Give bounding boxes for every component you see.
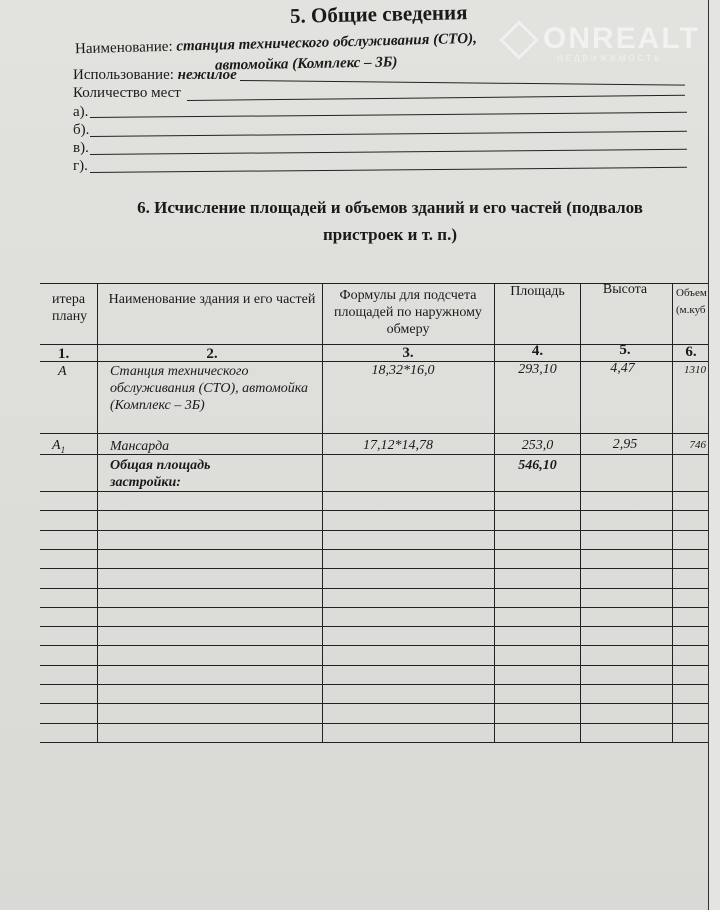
table-row-line	[40, 645, 708, 646]
section5-title: 5. Общие сведения	[290, 0, 468, 29]
table-row-line	[40, 549, 708, 550]
table-row-line	[40, 665, 708, 666]
section6-title-line2: пристроек и т. п.)	[100, 221, 680, 248]
document-page: ONREALT НЕДВИЖИМОСТЬ 5. Общие сведения Н…	[0, 0, 708, 910]
item-g-label: г).	[73, 158, 88, 175]
table-column-line	[494, 283, 495, 742]
row2-name: Мансарда	[110, 438, 169, 455]
item-a-label: а).	[73, 104, 88, 121]
item-b-label: б).	[73, 122, 89, 139]
item-v-underline	[90, 149, 687, 155]
header-litera: итера плану	[52, 291, 107, 325]
places-label: Количество мест	[73, 85, 181, 102]
row1-litera: А	[58, 363, 67, 380]
name-value-line2: автомойка (Комплекс – 3Б)	[215, 54, 398, 74]
row2-formula: 17,12*14,78	[323, 437, 473, 454]
colnum-3: 3.	[323, 345, 493, 362]
row1-volume: 1310	[676, 362, 706, 379]
row1-formula: 18,32*16,0	[323, 362, 483, 379]
house-logo-icon	[499, 20, 539, 60]
table-row-line	[40, 626, 708, 627]
item-b-underline	[90, 131, 687, 137]
table-row-line	[40, 433, 708, 434]
table-row-line	[40, 530, 708, 531]
row2-volume: 746	[676, 437, 706, 454]
total-area: 546,10	[495, 457, 580, 474]
colnum-4: 4.	[495, 343, 580, 360]
colnum-6: 6.	[676, 344, 706, 361]
total-label: Общая площадь застройки:	[110, 457, 250, 491]
name-value-line1: станция технического обслуживания (СТО),	[176, 31, 477, 55]
row1-area: 293,10	[495, 361, 580, 378]
usage-field: Использование: нежилое	[73, 67, 237, 84]
row2-height: 2,95	[580, 436, 670, 453]
watermark-brand: ONREALT	[543, 22, 700, 55]
table-row-line	[40, 510, 708, 511]
places-underline	[187, 95, 685, 101]
table-row-line	[40, 588, 708, 589]
item-g-underline	[90, 167, 687, 173]
table-row-line	[40, 491, 708, 492]
item-v-label: в).	[73, 140, 89, 157]
table-row-line	[40, 344, 708, 345]
usage-label: Использование:	[73, 67, 174, 83]
section6-title: 6. Исчисление площадей и объемов зданий …	[100, 194, 680, 248]
table-row-line	[40, 361, 708, 362]
table-row-line	[40, 454, 708, 455]
table-row-line	[40, 283, 708, 284]
row1-height: 4,47	[580, 360, 665, 377]
item-a-underline	[90, 112, 687, 118]
adjacent-page-edge	[708, 0, 720, 910]
section6-title-line1: 6. Исчисление площадей и объемов зданий …	[100, 194, 680, 221]
name-label: Наименование:	[75, 39, 173, 58]
name-field: Наименование: станция технического обслу…	[75, 31, 477, 59]
table-column-line	[97, 283, 98, 742]
table-column-line	[580, 283, 581, 742]
header-formula: Формулы для подсчета площадей по наружно…	[323, 287, 493, 338]
table-row-line	[40, 703, 708, 704]
table-column-line	[672, 283, 673, 742]
header-volume: Объем (м.куб	[676, 285, 710, 319]
watermark-subtitle: НЕДВИЖИМОСТЬ	[557, 54, 700, 63]
row1-name: Станция технического обслуживания (СТО),…	[110, 363, 310, 414]
row2-area: 253,0	[495, 437, 580, 454]
table-row-line	[40, 684, 708, 685]
table-column-line	[322, 283, 323, 742]
usage-value: нежилое	[178, 67, 237, 83]
table-row-line	[40, 723, 708, 724]
watermark: ONREALT НЕДВИЖИМОСТЬ	[505, 22, 700, 63]
table-row-line	[40, 568, 708, 569]
table-row-line	[40, 607, 708, 608]
header-name: Наименование здания и его частей	[102, 291, 322, 308]
header-area: Площадь	[495, 283, 580, 300]
table-row-line	[40, 742, 708, 743]
row2-litera: А1	[52, 437, 65, 459]
usage-underline	[240, 80, 685, 86]
